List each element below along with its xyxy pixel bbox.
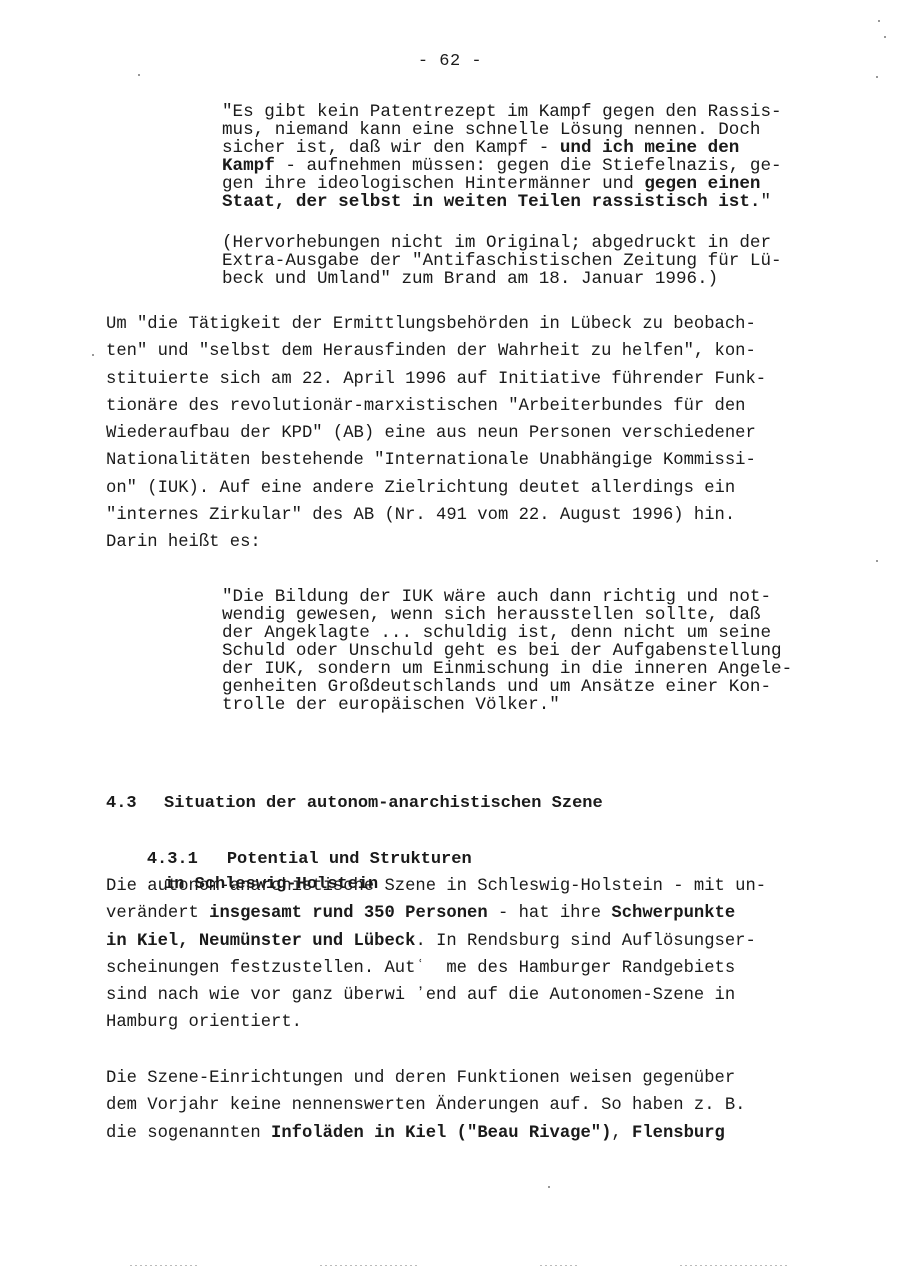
section-title: Situation der autonom-anarchistischen Sz… — [164, 794, 603, 813]
text-run: sind nach wie vor ganz überwi ʼend auf d… — [106, 986, 735, 1005]
emphasized-text: Staat, der selbst in weiten Teilen rassi… — [222, 192, 760, 212]
text-line: Wiederaufbau der KPD" (AB) eine aus neun… — [106, 420, 846, 447]
emphasized-text: Infoläden in Kiel ("Beau Rivage") — [271, 1124, 611, 1143]
text-line: "internes Zirkular" des AB (Nr. 491 vom … — [106, 502, 846, 529]
text-run: . In Rendsburg sind Auflösungser- — [415, 932, 755, 951]
text-run: gen ihre ideologischen Hintermänner und — [222, 174, 644, 194]
text-line: verändert insgesamt rund 350 Personen - … — [106, 900, 846, 927]
paragraph-einrichtungen: Die Szene-Einrichtungen und deren Funkti… — [106, 1065, 846, 1147]
text-run: sicher ist, daß wir den Kampf - — [222, 138, 560, 158]
text-run: mus, niemand kann eine schnelle Lösung n… — [222, 120, 760, 140]
emphasized-text: gegen einen — [644, 174, 760, 194]
scan-speck — [884, 36, 886, 38]
text-line: Extra-Ausgabe der "Antifaschistischen Ze… — [222, 252, 842, 270]
text-line: in Kiel, Neumünster und Lübeck. In Rends… — [106, 928, 846, 955]
text-run: Hamburg orientiert. — [106, 1013, 302, 1032]
subsection-title: Potential und Strukturen — [227, 850, 472, 869]
section-heading-4-3-line1: 4.3Situation der autonom-anarchistischen… — [106, 790, 603, 817]
scan-speck — [876, 76, 878, 78]
scan-noise — [680, 1265, 790, 1266]
text-run: dem Vorjahr keine nennenswerten Änderung… — [106, 1096, 745, 1115]
text-line: wendig gewesen, wenn sich herausstellen … — [222, 606, 842, 624]
emphasized-text: und ich meine den — [560, 138, 740, 158]
text-run: Die Szene-Einrichtungen und deren Funkti… — [106, 1069, 735, 1088]
text-run: - hat ihre — [488, 904, 612, 923]
text-run: die sogenannten — [106, 1124, 271, 1143]
text-line: Darin heißt es: — [106, 529, 846, 556]
section-number: 4.3 — [106, 790, 164, 817]
text-run: Die autonom-anarchistische Szene in Schl… — [106, 877, 766, 896]
scan-speck — [92, 354, 94, 356]
text-line: Die autonom-anarchistische Szene in Schl… — [106, 873, 846, 900]
text-line: die sogenannten Infoläden in Kiel ("Beau… — [106, 1120, 846, 1147]
text-run: verändert — [106, 904, 209, 923]
text-line: trolle der europäischen Völker." — [222, 696, 842, 714]
scan-speck — [138, 74, 140, 76]
block-quote-patentrezept: "Es gibt kein Patentrezept im Kampf gege… — [222, 103, 842, 211]
text-line: der Angeklagte ... schuldig ist, denn ni… — [222, 624, 842, 642]
emphasized-text: Schwerpunkte — [611, 904, 735, 923]
text-line: genheiten Großdeutschlands und um Ansätz… — [222, 678, 842, 696]
scan-noise — [320, 1265, 420, 1266]
text-line: on" (IUK). Auf eine andere Zielrichtung … — [106, 475, 846, 502]
scan-noise — [540, 1265, 580, 1266]
scan-speck — [548, 1186, 550, 1188]
block-quote-zirkular: "Die Bildung der IUK wäre auch dann rich… — [222, 588, 842, 714]
source-note: (Hervorhebungen nicht im Original; abged… — [222, 234, 842, 288]
text-line: beck und Umland" zum Brand am 18. Januar… — [222, 270, 842, 288]
text-line: Schuld oder Unschuld geht es bei der Auf… — [222, 642, 842, 660]
text-line: Nationalitäten bestehende "International… — [106, 447, 846, 474]
text-line: Hamburg orientiert. — [106, 1009, 846, 1036]
text-line: dem Vorjahr keine nennenswerten Änderung… — [106, 1092, 846, 1119]
scan-speck — [878, 20, 880, 22]
text-run: scheinungen festzustellen. Autʿ me des H… — [106, 959, 735, 978]
text-line: stituierte sich am 22. April 1996 auf In… — [106, 366, 846, 393]
paragraph-iuk: Um "die Tätigkeit der Ermittlungsbehörde… — [106, 311, 846, 557]
text-line: Staat, der selbst in weiten Teilen rassi… — [222, 193, 842, 211]
text-line: mus, niemand kann eine schnelle Lösung n… — [222, 121, 842, 139]
text-line: Kampf - aufnehmen müssen: gegen die Stie… — [222, 157, 842, 175]
subsection-number: 4.3.1 — [147, 846, 227, 873]
text-line: Um "die Tätigkeit der Ermittlungsbehörde… — [106, 311, 846, 338]
text-line: tionäre des revolutionär-marxistischen "… — [106, 393, 846, 420]
text-line: "Die Bildung der IUK wäre auch dann rich… — [222, 588, 842, 606]
scan-noise — [130, 1265, 200, 1266]
text-line: der IUK, sondern um Einmischung in die i… — [222, 660, 842, 678]
text-line: ten" und "selbst dem Herausfinden der Wa… — [106, 338, 846, 365]
paragraph-potential: Die autonom-anarchistische Szene in Schl… — [106, 873, 846, 1037]
text-run: , — [611, 1124, 632, 1143]
text-line: gen ihre ideologischen Hintermänner und … — [222, 175, 842, 193]
scan-speck — [876, 560, 878, 562]
emphasized-text: Flensburg — [632, 1124, 725, 1143]
text-line: "Es gibt kein Patentrezept im Kampf gege… — [222, 103, 842, 121]
page-number: - 62 - — [0, 52, 900, 71]
text-line: (Hervorhebungen nicht im Original; abged… — [222, 234, 842, 252]
emphasized-text: insgesamt rund 350 Personen — [209, 904, 487, 923]
text-run: " — [760, 192, 771, 212]
text-line: scheinungen festzustellen. Autʿ me des H… — [106, 955, 846, 982]
text-line: sicher ist, daß wir den Kampf - und ich … — [222, 139, 842, 157]
text-line: sind nach wie vor ganz überwi ʼend auf d… — [106, 982, 846, 1009]
emphasized-text: Kampf — [222, 156, 275, 176]
text-run: "Es gibt kein Patentrezept im Kampf gege… — [222, 102, 782, 122]
emphasized-text: in Kiel, Neumünster und Lübeck — [106, 932, 415, 951]
text-line: Die Szene-Einrichtungen und deren Funkti… — [106, 1065, 846, 1092]
text-run: - aufnehmen müssen: gegen die Stiefelnaz… — [275, 156, 782, 176]
